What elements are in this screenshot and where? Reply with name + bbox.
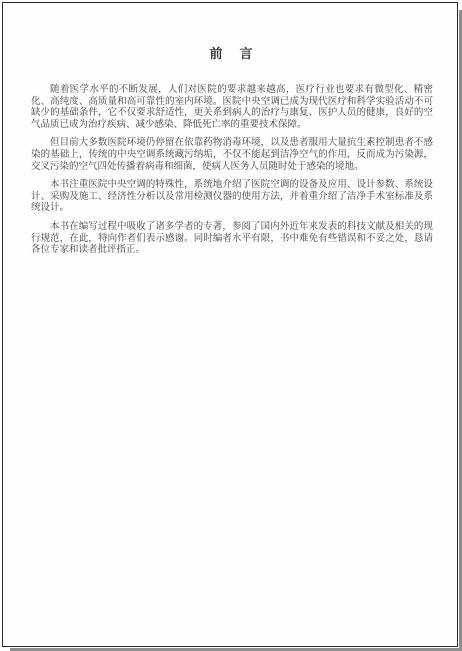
page-content: 前 言 随着医学水平的不断发展，人们对医院的要求越来越高，医疗行业也要求有微型化… xyxy=(31,0,433,263)
document-page: 前 言 随着医学水平的不断发展，人们对医院的要求越来越高，医疗行业也要求有微型化… xyxy=(0,0,462,651)
paragraph: 本书注重医院中央空调的特殊性，系统地介绍了医院空调的设备及应用、设计参数、系统设… xyxy=(31,179,433,214)
page-title: 前 言 xyxy=(31,43,433,62)
paragraph: 但目前大多数医院环境仍停留在依靠药物消毒环境，以及患者服用大量抗生素控制患者不感… xyxy=(31,137,433,172)
preface-body: 随着医学水平的不断发展，人们对医院的要求越来越高，医疗行业也要求有微型化、精密化… xyxy=(31,84,433,256)
paragraph: 随着医学水平的不断发展，人们对医院的要求越来越高，医疗行业也要求有微型化、精密化… xyxy=(31,84,433,130)
paragraph: 本书在编写过程中吸收了诸多学者的专著，参阅了国内外近年来发表的科技文献及相关的现… xyxy=(31,221,433,256)
